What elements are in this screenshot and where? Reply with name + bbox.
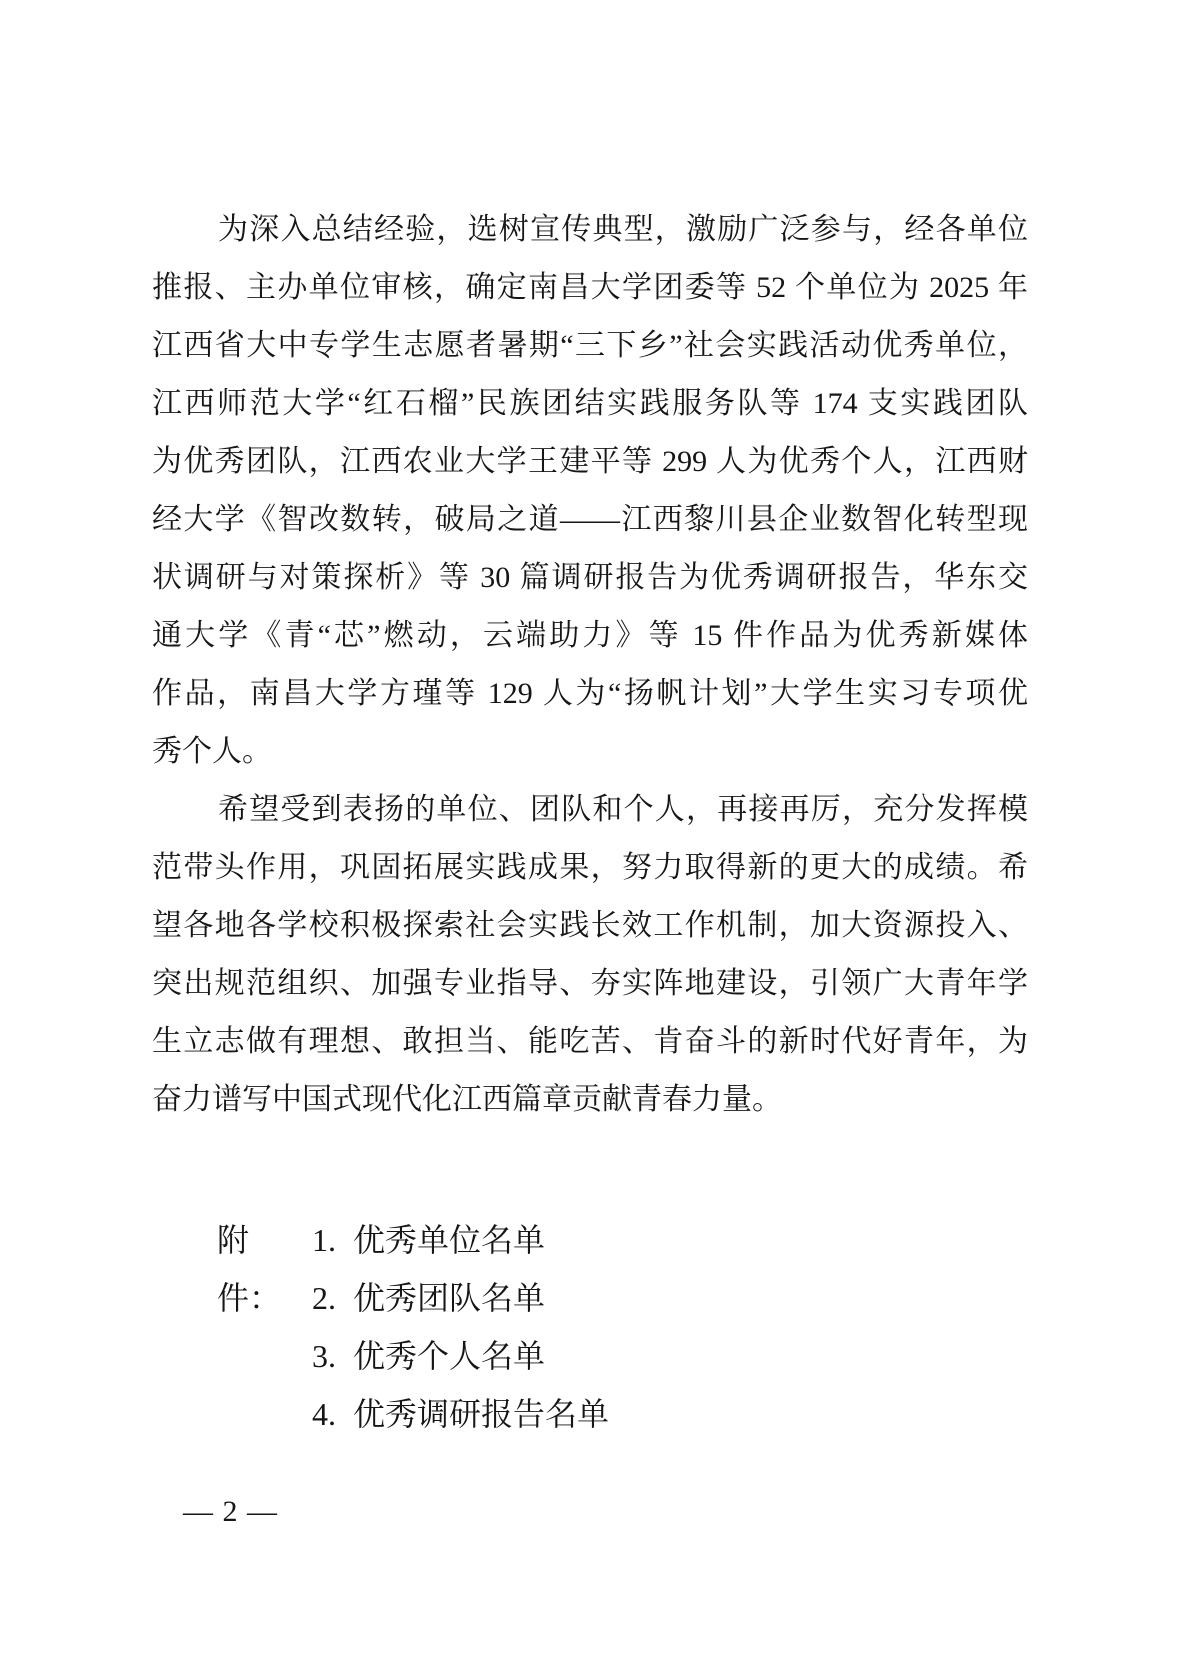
body-text-line: 秀个人。: [152, 723, 1028, 781]
body-text-line: 生立志做有理想、敢担当、能吃苦、肯奋斗的新时代好青年，为: [152, 1013, 1028, 1071]
body-text-line: 为优秀团队，江西农业大学王建平等 299 人为优秀个人，江西财: [152, 433, 1028, 491]
document-page: 为深入总结经验，选树宣传典型，激励广泛参与，经各单位推报、主办单位审核，确定南昌…: [0, 0, 1180, 1670]
body-text-line: 突出规范组织、加强专业指导、夯实阵地建设，引领广大青年学: [152, 955, 1028, 1013]
body-text-line: 希望受到表扬的单位、团队和个人，再接再厉，充分发挥模: [152, 781, 1028, 839]
page-footer: — 2 —: [183, 1483, 278, 1541]
body-text-line: 江西省大中专学生志愿者暑期“三下乡”社会实践活动优秀单位，: [152, 317, 1028, 375]
body-text-line: 经大学《智改数转，破局之道——江西黎川县企业数智化转型现: [152, 491, 1028, 549]
attachment-item: 3.优秀个人名单: [312, 1327, 937, 1385]
attachment-item: 1.优秀单位名单: [312, 1211, 937, 1269]
body-text-line: 作品，南昌大学方瑾等 129 人为“扬帆计划”大学生实习专项优: [152, 665, 1028, 723]
attachment-item-title: 优秀调研报告名单: [353, 1396, 609, 1432]
attachment-item-number: 1.: [312, 1211, 353, 1269]
body-text-line: 范带头作用，巩固拓展实践成果，努力取得新的更大的成绩。希: [152, 839, 1028, 897]
attachment-item: 4.优秀调研报告名单: [312, 1385, 937, 1443]
attachment-item-title: 优秀单位名单: [353, 1222, 545, 1258]
attachments-label: 附件：: [217, 1211, 312, 1269]
body-text-line: 通大学《青“芯”燃动，云端助力》等 15 件作品为优秀新媒体: [152, 607, 1028, 665]
page-number: — 2 —: [183, 1495, 278, 1528]
attachment-item-number: 3.: [312, 1327, 353, 1385]
document-body: 为深入总结经验，选树宣传典型，激励广泛参与，经各单位推报、主办单位审核，确定南昌…: [152, 201, 1028, 1129]
attachment-item-title: 优秀团队名单: [353, 1280, 545, 1316]
attachment-item-number: 2.: [312, 1269, 353, 1327]
body-text-line: 推报、主办单位审核，确定南昌大学团委等 52 个单位为 2025 年: [152, 259, 1028, 317]
body-text-line: 奋力谱写中国式现代化江西篇章贡献青春力量。: [152, 1071, 1028, 1129]
body-text-line: 为深入总结经验，选树宣传典型，激励广泛参与，经各单位: [152, 201, 1028, 259]
attachments-section: 附件： 1.优秀单位名单2.优秀团队名单3.优秀个人名单4.优秀调研报告名单: [217, 1211, 937, 1443]
attachment-item: 2.优秀团队名单: [312, 1269, 937, 1327]
attachment-item-title: 优秀个人名单: [353, 1338, 545, 1374]
body-text-line: 望各地各学校积极探索社会实践长效工作机制，加大资源投入、: [152, 897, 1028, 955]
body-text-line: 状调研与对策探析》等 30 篇调研报告为优秀调研报告，华东交: [152, 549, 1028, 607]
attachment-item-number: 4.: [312, 1385, 353, 1443]
body-text-line: 江西师范大学“红石榴”民族团结实践服务队等 174 支实践团队: [152, 375, 1028, 433]
